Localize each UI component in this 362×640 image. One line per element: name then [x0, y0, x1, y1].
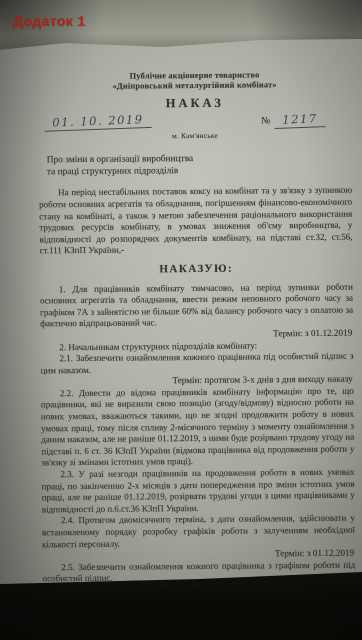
number-group: № 1217 — [261, 113, 325, 127]
order-item-2-2: 2.2. Довести до відома працівників комбі… — [41, 385, 355, 469]
subject-block: Про зміни в організації виробництва та п… — [47, 153, 257, 178]
number-handwritten: 1217 — [274, 113, 326, 128]
date-handwritten: 01. 10. 2019 — [44, 113, 152, 131]
appendix-label: Додаток 1 — [13, 13, 86, 29]
order-item-2-4: 2.4. Протягом двомісячного терміна, з да… — [42, 513, 355, 551]
order-item-1: 1. Для працівників комбінату тимчасово, … — [40, 281, 353, 330]
document-type-title: НАКАЗ — [38, 97, 351, 111]
subject-line2: та праці структурних підрозділів — [47, 166, 178, 177]
document-photo: Додаток 1 Публічне акціонерне товариство… — [0, 0, 362, 640]
subject-line1: Про зміни в організації виробництва — [47, 154, 193, 165]
document-content: Публічне акціонерне товариство «Дніпровс… — [38, 70, 355, 586]
org-name-line2: «Дніпровський металургійний комбінат» — [38, 80, 351, 93]
preamble-paragraph: На період нестабільних поставок коксу на… — [39, 185, 353, 257]
paper-sheet: Публічне акціонерне товариство «Дніпровс… — [0, 36, 362, 586]
city-line: м. Кам'янське — [39, 130, 352, 144]
order-item-2-1: 2.1. Забезпечити ознайомлення кожного пр… — [40, 351, 353, 377]
order-heading: НАКАЗУЮ: — [40, 263, 353, 277]
order-item-2-3: 2.3. У разі незгоди працівників на продо… — [41, 467, 354, 516]
date-number-row: 01. 10. 2019 № 1217 — [38, 113, 351, 129]
number-label: № — [261, 116, 270, 128]
